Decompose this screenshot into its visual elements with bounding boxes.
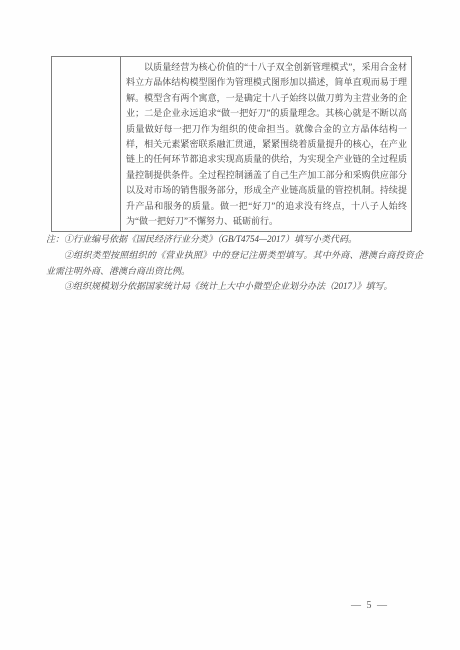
page-number: — 5 —: [351, 600, 389, 611]
note-item-2: ②组织类型按照组织的《营业执照》中的登记注册类型填写。其中外商、港澳台商投资企业…: [46, 248, 423, 280]
management-model-paragraph: 以质量经营为核心价值的“十八子双全创新管理模式”，采用合金材料立方晶体结构模型图…: [126, 60, 407, 229]
notes-section: 注：①行业编号依据《国民经济行业分类》（GB/T4754—2017）填写小类代码…: [46, 232, 423, 295]
table-left-cell: [52, 57, 121, 231]
table-right-cell: 以质量经营为核心价值的“十八子双全创新管理模式”，采用合金材料立方晶体结构模型图…: [121, 57, 411, 231]
note-item-3: ③组织规模划分依据国家统计局《统计上大中小微型企业划分办法（2017）》填写。: [46, 279, 423, 295]
note-item-1: 注：①行业编号依据《国民经济行业分类》（GB/T4754—2017）填写小类代码…: [46, 232, 423, 248]
content-table: 以质量经营为核心价值的“十八子双全创新管理模式”，采用合金材料立方晶体结构模型图…: [51, 56, 412, 232]
